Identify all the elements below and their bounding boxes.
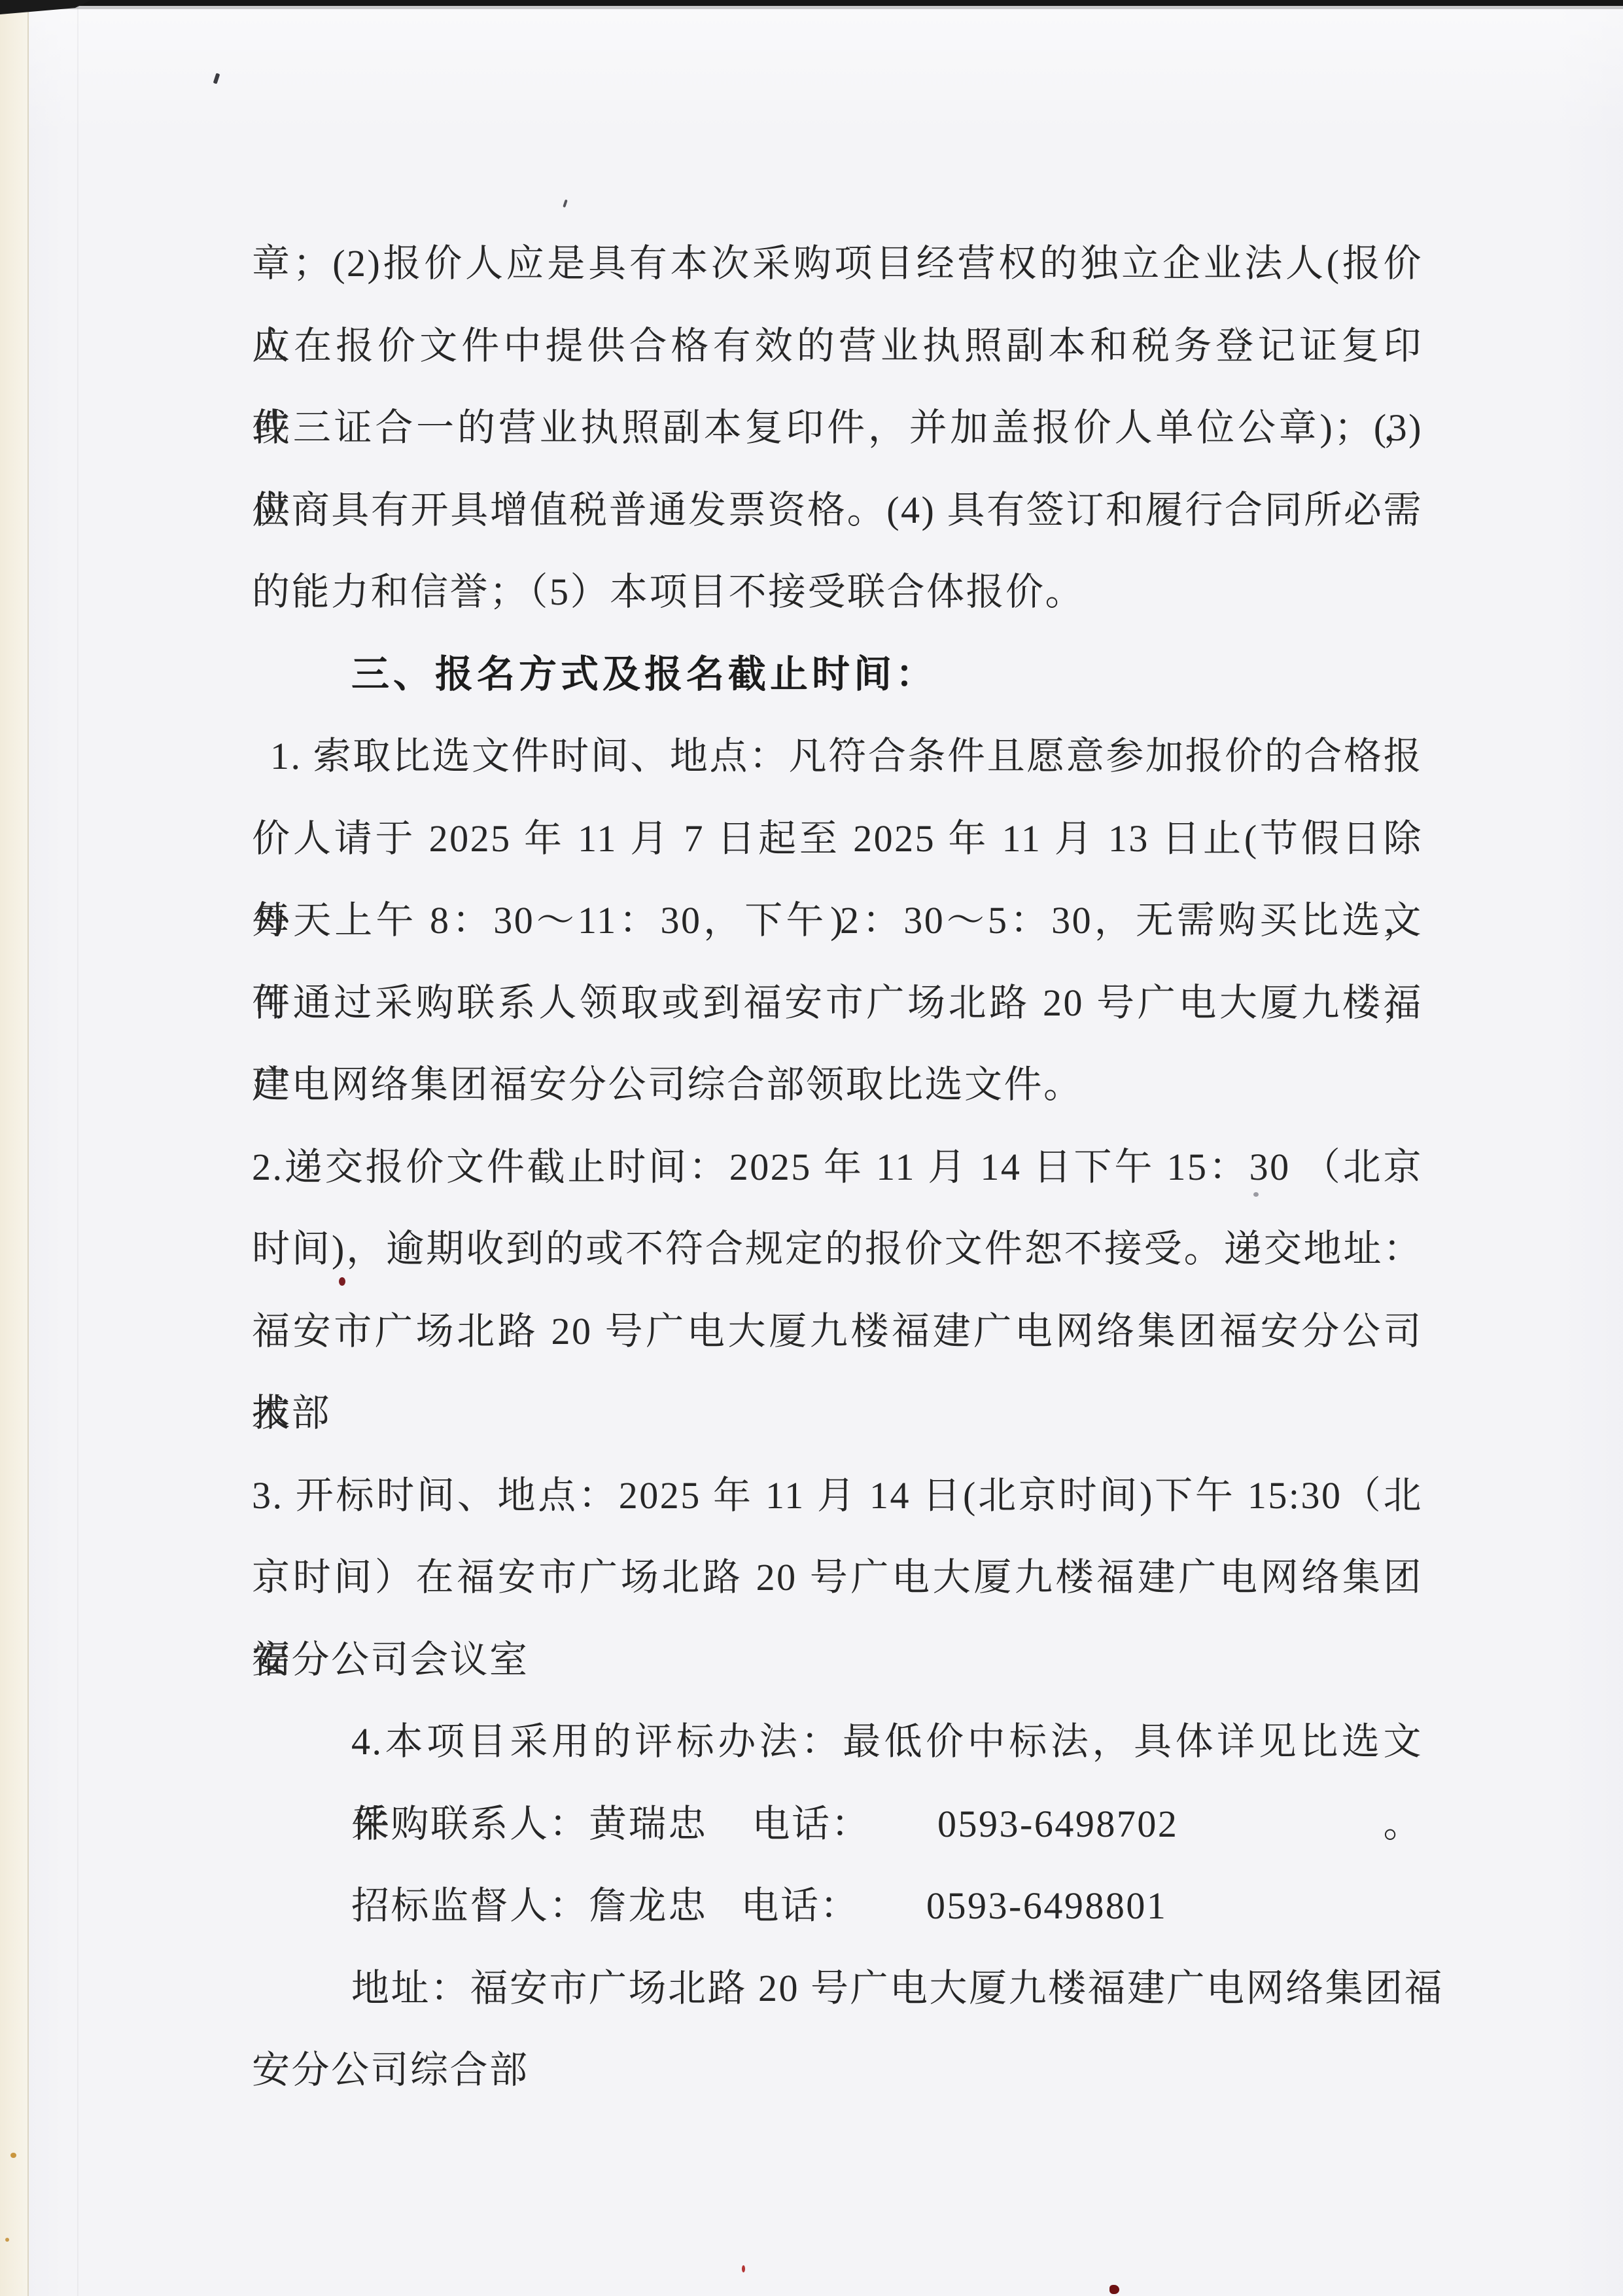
text-line-19: 4.本项目采用的评标办法：最低价中标法，具体详见比选文件。 (351, 1701, 1423, 1783)
paper-crease (77, 6, 79, 2296)
text-line-13: 时间)，逾期收到的或不符合规定的报价文件恕不接受。递交地址： (252, 1208, 1423, 1290)
text-line-5: 的能力和信誉；（5）本项目不接受联合体报价。 (252, 551, 1423, 633)
document-text-block: 章；(2)报价人应是具有本次采购项目经营权的独立企业法人(报价人 应在报价文件中… (252, 222, 1423, 2111)
text-line-18: 安分公司会议室 (252, 1619, 1423, 1701)
text-line-8: 价人请于 2025 年 11 月 7 日起至 2025 年 11 月 13 日止… (252, 798, 1423, 880)
scan-speck-5 (10, 2153, 16, 2158)
text-line-15: 术部 (252, 1372, 1423, 1455)
scan-speck-7 (1253, 1192, 1259, 1197)
scan-speck-2 (339, 1277, 345, 1286)
scanned-document-page: { "page": { "type": "scanned tender noti… (0, 0, 1623, 2296)
text-line-4: 应商具有开具增值税普通发票资格。(4) 具有签订和履行合同所必需 (252, 469, 1423, 552)
text-line-3: 或三证合一的营业执照副本复印件，并加盖报价人单位公章)；(3)供 (252, 387, 1423, 469)
scan-speck-3 (742, 2265, 745, 2272)
scan-speck-6 (5, 2238, 9, 2242)
text-line-10: 可通过采购联系人领取或到福安市广场北路 20 号广电大厦九楼福建 (252, 962, 1423, 1044)
address-line: 地址：福安市广场北路 20 号广电大厦九楼福建广电网络集团福 (351, 1947, 1423, 2030)
text-line-23: 安分公司综合部 (252, 2029, 1423, 2111)
supervisor-contact-line: 招标监督人：詹龙忠 电话： 0593-6498801 (351, 1865, 1423, 1947)
text-line-1: 章；(2)报价人应是具有本次采购项目经营权的独立企业法人(报价人 (252, 222, 1423, 305)
text-line-2: 应在报价文件中提供合格有效的营业执照副本和税务登记证复印件， (252, 305, 1423, 387)
text-line-17: 京时间）在福安市广场北路 20 号广电大厦九楼福建广电网络集团福 (252, 1536, 1423, 1619)
section-heading: 三、报名方式及报名截止时间： (351, 633, 1423, 716)
scanner-top-edge-shadow (0, 6, 1623, 9)
scanner-top-edge (0, 0, 1623, 6)
scanner-left-band (0, 6, 29, 2296)
text-line-16: 3. 开标时间、地点：2025 年 11 月 14 日(北京时间)下午 15:3… (252, 1455, 1423, 1537)
text-line-12: 2.递交报价文件截止时间：2025 年 11 月 14 日下午 15：30 （北… (252, 1126, 1423, 1209)
scan-speck-4 (1109, 2285, 1119, 2294)
text-line-11: 广电网络集团福安分公司综合部领取比选文件。 (252, 1044, 1423, 1126)
text-line-14: 福安市广场北路 20 号广电大厦九楼福建广电网络集团福安分公司技 (252, 1290, 1423, 1373)
text-line-7: 1. 索取比选文件时间、地点：凡符合条件且愿意参加报价的合格报 (270, 715, 1423, 798)
text-line-9: 每天上午 8：30～11：30，下午 2：30～5：30，无需购买比选文件， (252, 879, 1423, 962)
